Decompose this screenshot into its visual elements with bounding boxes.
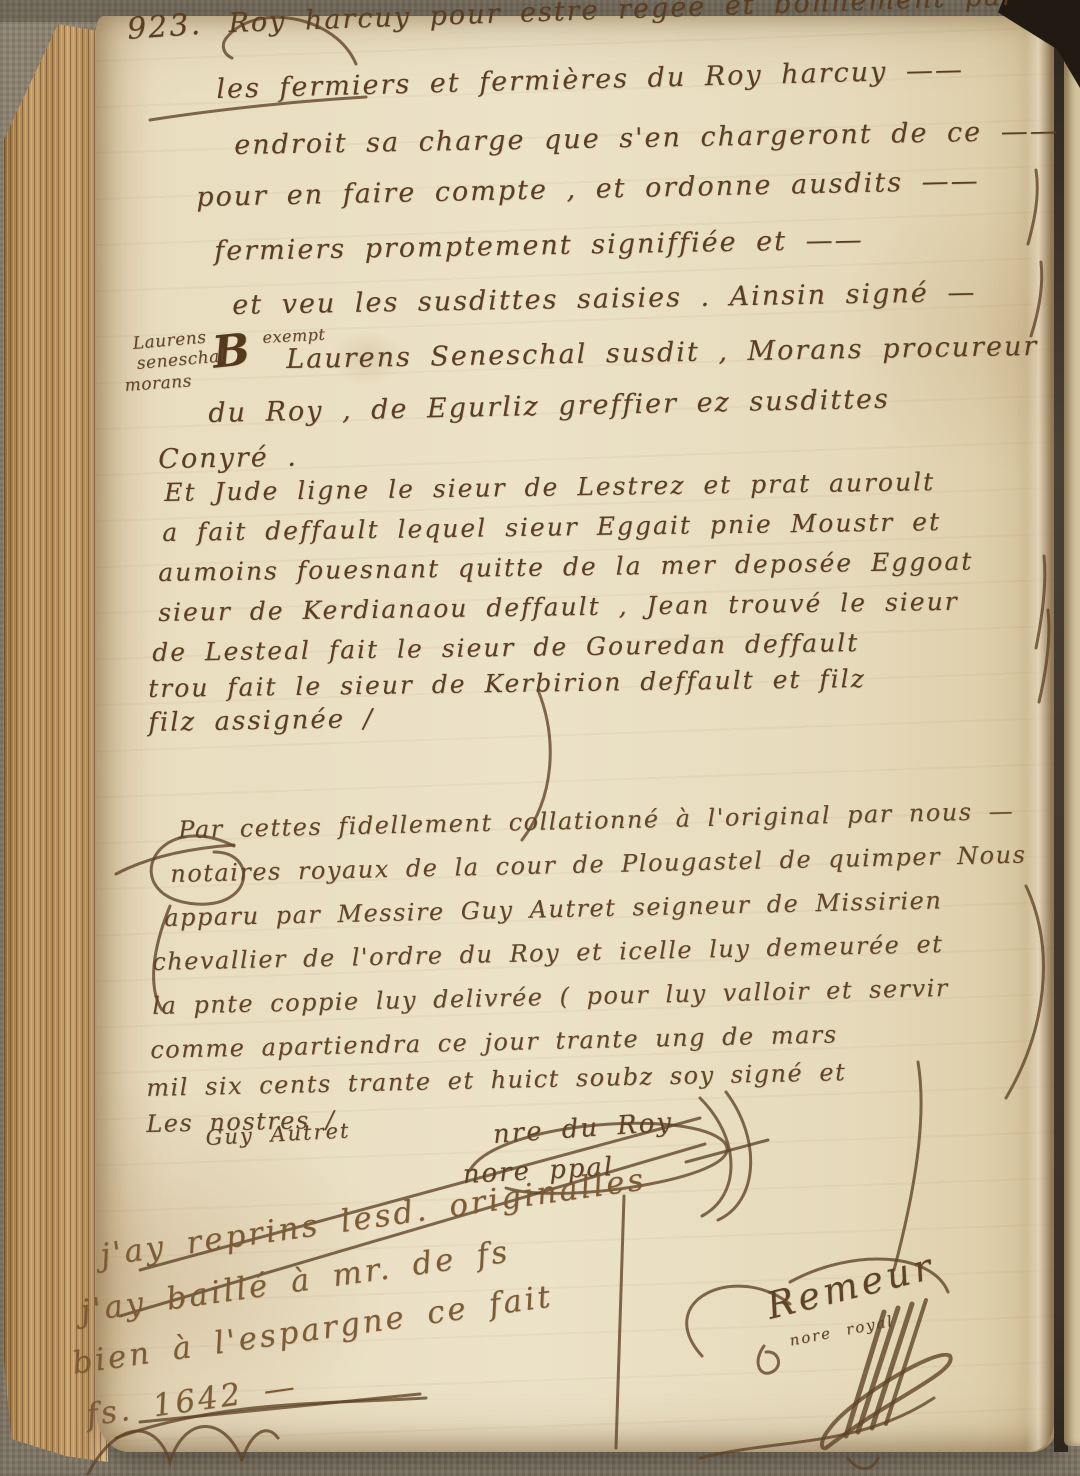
- manuscript-photograph: 923. Roy harcuy pour estre regée et bonn…: [0, 0, 1080, 1476]
- margin-interline-note: exempt: [262, 325, 326, 347]
- page-number: 923.: [126, 7, 203, 47]
- handwritten-line: filz assignée /: [148, 704, 374, 738]
- handwritten-line: Conyré .: [158, 442, 298, 475]
- book-fore-edge: [4, 24, 108, 1462]
- ink-stroke: [848, 1458, 878, 1469]
- next-page-edge: [1064, 48, 1080, 1446]
